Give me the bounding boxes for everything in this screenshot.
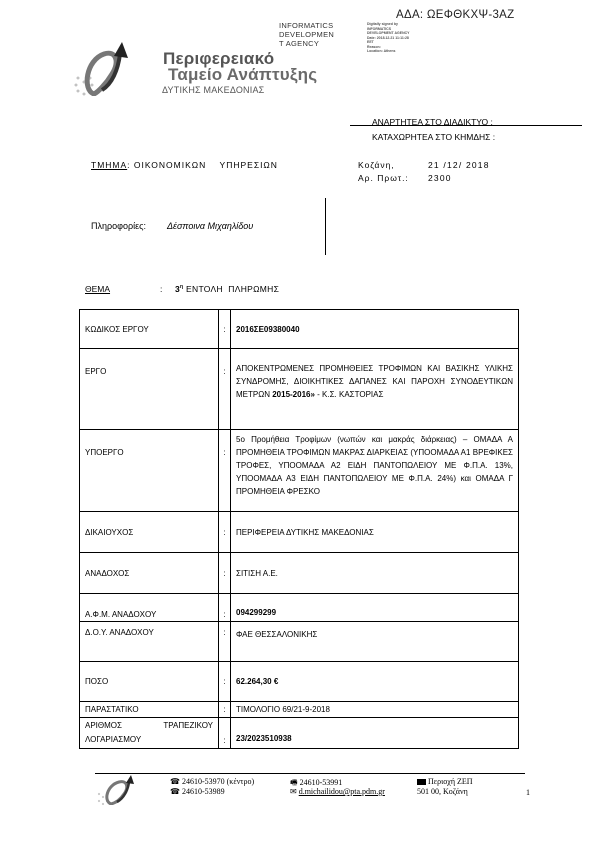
row-colon: : — [219, 430, 231, 512]
row-label: ΑΝΑΔΟΧΟΣ — [80, 553, 219, 594]
envelope-icon: ✉ — [290, 787, 297, 796]
row-label: Δ.Ο.Υ. ΑΝΑΔΟΧΟΥ — [80, 622, 219, 662]
subproject-title: 5ο Προμήθεια Τροφίμων (νωπών και μακράς … — [231, 430, 519, 512]
subject-label: ΘΕΜΑ — [85, 284, 110, 294]
row-colon: : — [219, 662, 231, 702]
header-divider — [350, 125, 582, 126]
row-label: ΥΠΟΕΡΓΟ — [80, 430, 219, 512]
project-title-years: 2015-2016» — [272, 390, 315, 399]
protocol-label: Αρ. Πρωτ.: — [358, 173, 409, 183]
register-kimdis-label: ΚΑΤΑΧΩΡΗΤΕΑ ΣΤΟ ΚΗΜΔΗΣ : — [372, 132, 495, 142]
phone-number: 24610-53970 (κέντρο) — [182, 777, 254, 786]
footer-address-line1: Περιοχή ΖΕΠ — [417, 777, 473, 786]
footer-phone-secondary: ☎24610-53989 — [170, 787, 225, 796]
phone-icon: ☎ — [170, 777, 180, 786]
phone-icon: ☎ — [170, 787, 180, 796]
logo-subtitle: ΔΥΤΙΚΗΣ ΜΑΚΕΔΟΝΙΑΣ — [162, 85, 264, 95]
page-number: 1 — [526, 788, 530, 797]
protocol-number: 2300 — [428, 173, 452, 183]
contractor: ΣΙΤΙΣΗ Α.Ε. — [231, 553, 519, 594]
row-colon: : — [219, 718, 231, 749]
footer-divider — [95, 773, 525, 774]
fax-number: 24610-53991 — [300, 778, 343, 787]
address-text: Περιοχή ΖΕΠ — [428, 777, 473, 786]
row-colon: : — [219, 349, 231, 430]
table-row: Δ.Ο.Υ. ΑΝΑΔΟΧΟΥ : ΦΑΕ ΘΕΣΣΑΛΟΝΙΚΗΣ — [80, 622, 519, 662]
subject-text: ΕΝΤΟΛΗ ΠΛΗΡΩΜΗΣ — [183, 284, 279, 294]
beneficiary: ΠΕΡΙΦΕΡΕΙΑ ΔΥΤΙΚΗΣ ΜΑΚΕΔΟΝΙΑΣ — [231, 512, 519, 553]
department: ΤΜΗΜΑ: ΟΙΚΟΝΟΜΙΚΩΝ ΥΠΗΡΕΣΙΩΝ — [91, 160, 278, 170]
signature-meta-line: Location: Athens — [367, 49, 409, 54]
phone-number: 24610-53989 — [182, 787, 225, 796]
table-row: ΕΡΓΟ : ΑΠΟΚΕΝΤΡΩΜΕΝΕΣ ΠΡΟΜΗΘΕΙΕΣ ΤΡΟΦΙΜΩ… — [80, 349, 519, 430]
table-row: ΔΙΚΑΙΟΥΧΟΣ : ΠΕΡΙΦΕΡΕΙΑ ΔΥΤΙΚΗΣ ΜΑΚΕΔΟΝΙ… — [80, 512, 519, 553]
footer-phone-main: ☎24610-53970 (κέντρο) — [170, 777, 254, 786]
digital-signature-meta: Digitally signed by INFORMATICS DEVELOPM… — [367, 22, 409, 54]
table-row: Α.Φ.Μ. ΑΝΑΔΟΧΟΥ : 094299299 — [80, 594, 519, 622]
row-colon: : — [219, 512, 231, 553]
signature-line: DEVELOPMEN — [279, 30, 334, 39]
project-code: 2016ΣΕ09380040 — [231, 310, 519, 349]
email-link[interactable]: d.michailidou@pta.pdm.gr — [299, 787, 385, 796]
fund-logo-icon — [72, 40, 132, 96]
table-row: ΑΝΑΔΟΧΟΣ : ΣΙΤΙΣΗ Α.Ε. — [80, 553, 519, 594]
row-label: ΑΡΙΘΜΟΣ ΤΡΑΠΕΖΙΚΟΥ ΛΟΓΑΡΙΑΣΜΟΥ — [80, 718, 219, 749]
amount: 62.264,30 € — [231, 662, 519, 702]
bank-account: 23/2023510938 — [231, 718, 519, 749]
signature-meta-line: DEVELOPMENT AGENCY — [367, 31, 409, 36]
table-row: ΠΟΣΟ : 62.264,30 € — [80, 662, 519, 702]
row-label: Α.Φ.Μ. ΑΝΑΔΟΧΟΥ — [80, 594, 219, 622]
invoice: ΤΙΜΟΛΟΓΙΟ 69/21-9-2018 — [231, 702, 519, 718]
row-label: ΕΡΓΟ — [80, 349, 219, 430]
signature-line: INFORMATICS — [279, 21, 334, 30]
contractor-tax-id: 094299299 — [231, 594, 519, 622]
vertical-divider — [325, 198, 326, 255]
table-row: ΑΡΙΘΜΟΣ ΤΡΑΠΕΖΙΚΟΥ ΛΟΓΑΡΙΑΣΜΟΥ : 23/2023… — [80, 718, 519, 749]
info-label: Πληροφορίες: — [91, 221, 146, 231]
row-colon: : — [219, 310, 231, 349]
footer-address-line2: 501 00, Κοζάνη — [417, 787, 468, 796]
footer-email[interactable]: ✉d.michailidou@pta.pdm.gr — [290, 787, 385, 796]
row-colon: : — [219, 702, 231, 718]
subject-colon: : — [160, 284, 162, 294]
signature-line: T AGENCY — [279, 39, 334, 48]
document-date: 21 /12/ 2018 — [428, 160, 490, 170]
department-label: ΤΜΗΜΑ — [91, 160, 127, 170]
logo-title-line2: Ταμείο Ανάπτυξης — [168, 65, 317, 85]
table-row: ΠΑΡΑΣΤΑΤΙΚΟ : ΤΙΜΟΛΟΓΙΟ 69/21-9-2018 — [80, 702, 519, 718]
row-colon: : — [219, 553, 231, 594]
info-contact-name: Δέσποινα Μιχαηλίδου — [167, 221, 253, 231]
row-colon: : — [219, 594, 231, 622]
row-label: ΔΙΚΑΙΟΥΧΟΣ — [80, 512, 219, 553]
project-title: ΑΠΟΚΕΝΤΡΩΜΕΝΕΣ ΠΡΟΜΗΘΕΙΕΣ ΤΡΟΦΙΜΩΝ ΚΑΙ Β… — [231, 349, 519, 430]
department-value: : ΟΙΚΟΝΟΜΙΚΩΝ ΥΠΗΡΕΣΙΩΝ — [127, 160, 278, 170]
footer-logo-icon — [97, 775, 142, 805]
payment-order-table: ΚΩΔΙΚΟΣ ΕΡΓΟΥ : 2016ΣΕ09380040 ΕΡΓΟ : ΑΠ… — [79, 309, 519, 749]
digital-signature-name: INFORMATICS DEVELOPMEN T AGENCY — [279, 21, 334, 48]
row-colon: : — [219, 622, 231, 662]
project-title-tail: - Κ.Σ. ΚΑΣΤΟΡΙΑΣ — [315, 390, 383, 399]
city-label: Κοζάνη, — [358, 160, 395, 170]
row-label: ΠΟΣΟ — [80, 662, 219, 702]
table-row: ΥΠΟΕΡΓΟ : 5ο Προμήθεια Τροφίμων (νωπών κ… — [80, 430, 519, 512]
row-label: ΠΑΡΑΣΤΑΤΙΚΟ — [80, 702, 219, 718]
subject-value: 3η ΕΝΤΟΛΗ ΠΛΗΡΩΜΗΣ — [175, 284, 279, 294]
contractor-tax-office: ΦΑΕ ΘΕΣΣΑΛΟΝΙΚΗΣ — [231, 622, 519, 662]
building-icon — [417, 779, 426, 785]
table-row: ΚΩΔΙΚΟΣ ΕΡΓΟΥ : 2016ΣΕ09380040 — [80, 310, 519, 349]
row-label: ΚΩΔΙΚΟΣ ΕΡΓΟΥ — [80, 310, 219, 349]
ada-code: ΑΔΑ: ΩΕΦΘΚΧΨ-3ΑΖ — [396, 9, 514, 21]
